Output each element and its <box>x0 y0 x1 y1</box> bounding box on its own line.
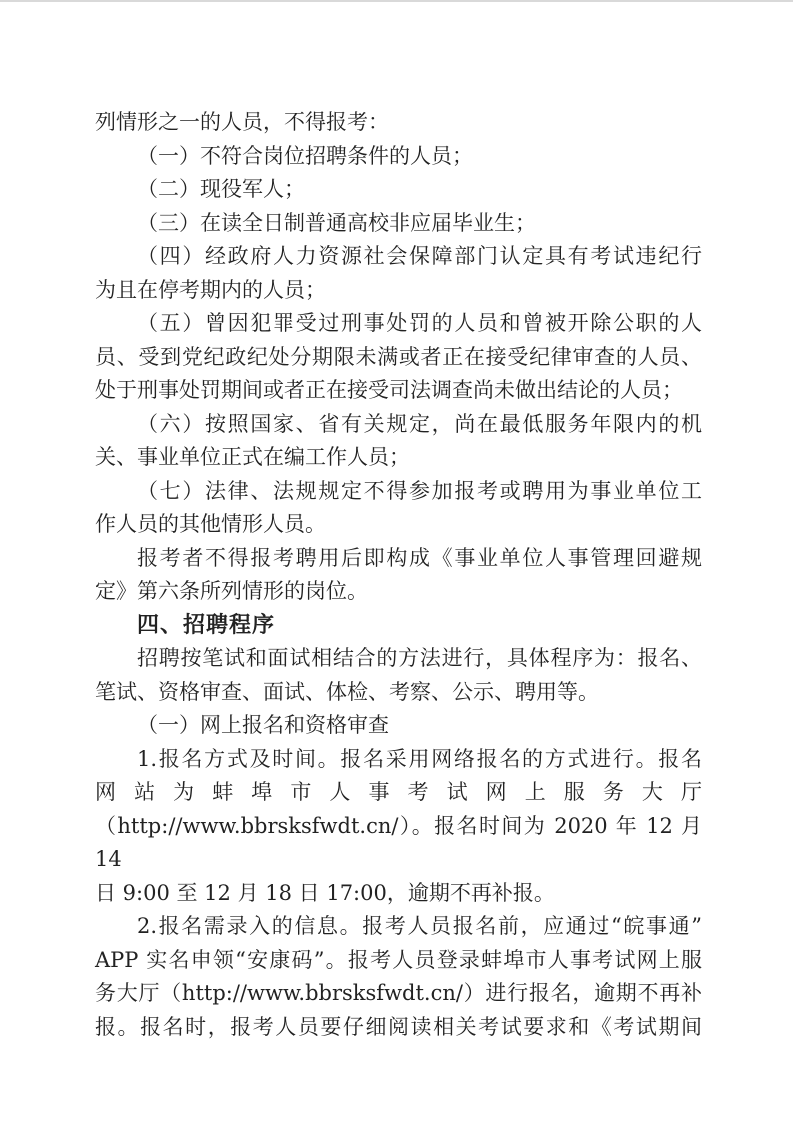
text-line: 处于刑事处罚期间或者正在接受司法调查尚未做出结论的人员； <box>95 374 702 408</box>
document-body: 列情形之一的人员，不得报考：（一）不符合岗位招聘条件的人员；（二）现役军人；（三… <box>95 106 702 1044</box>
text-line: （四）经政府人力资源社会保障部门认定具有考试违纪行 <box>95 240 702 274</box>
page-top-edge <box>0 0 793 2</box>
text-line: 日 9:00 至 12 月 18 日 17:00，逾期不再补报。 <box>95 877 702 911</box>
text-line: 为且在停考期内的人员； <box>95 274 702 308</box>
text-line: 报。报名时，报考人员要仔细阅读相关考试要求和《考试期间 <box>95 1011 702 1045</box>
text-line: 笔试、资格审查、面试、体检、考察、公示、聘用等。 <box>95 676 702 710</box>
text-line: 务大厅（http://www.bbrsksfwdt.cn/）进行报名，逾期不再补 <box>95 977 702 1011</box>
text-line: 招聘按笔试和面试相结合的方法进行，具体程序为：报名、 <box>95 642 702 676</box>
text-line: 列情形之一的人员，不得报考： <box>95 106 702 140</box>
text-line: 网 站 为 蚌 埠 市 人 事 考 试 网 上 服 务 大 厅 <box>95 776 702 810</box>
section-heading: 四、招聘程序 <box>95 609 702 643</box>
text-line: 1.报名方式及时间。报名采用网络报名的方式进行。报名 <box>95 743 702 777</box>
document-page: 列情形之一的人员，不得报考：（一）不符合岗位招聘条件的人员；（二）现役军人；（三… <box>0 0 793 1122</box>
text-line: 定》第六条所列情形的岗位。 <box>95 575 702 609</box>
text-line: （七）法律、法规规定不得参加报考或聘用为事业单位工 <box>95 475 702 509</box>
text-line: 作人员的其他情形人员。 <box>95 508 702 542</box>
text-line: 关、事业单位正式在编工作人员； <box>95 441 702 475</box>
text-line: （http://www.bbrsksfwdt.cn/）。报名时间为 2020 年… <box>95 810 702 877</box>
text-line: （一）不符合岗位招聘条件的人员； <box>95 140 702 174</box>
text-line: （六）按照国家、省有关规定，尚在最低服务年限内的机 <box>95 408 702 442</box>
text-line: （一）网上报名和资格审查 <box>95 709 702 743</box>
text-line: 报考者不得报考聘用后即构成《事业单位人事管理回避规 <box>95 542 702 576</box>
text-line: （二）现役军人； <box>95 173 702 207</box>
text-line: （五）曾因犯罪受过刑事处罚的人员和曾被开除公职的人 <box>95 307 702 341</box>
text-line: 2.报名需录入的信息。报考人员报名前，应通过“皖事通” <box>95 910 702 944</box>
text-line: （三）在读全日制普通高校非应届毕业生； <box>95 207 702 241</box>
text-line: 员、受到党纪政纪处分期限未满或者正在接受纪律审查的人员、 <box>95 341 702 375</box>
text-line: APP 实名申领“安康码”。报考人员登录蚌埠市人事考试网上服 <box>95 944 702 978</box>
